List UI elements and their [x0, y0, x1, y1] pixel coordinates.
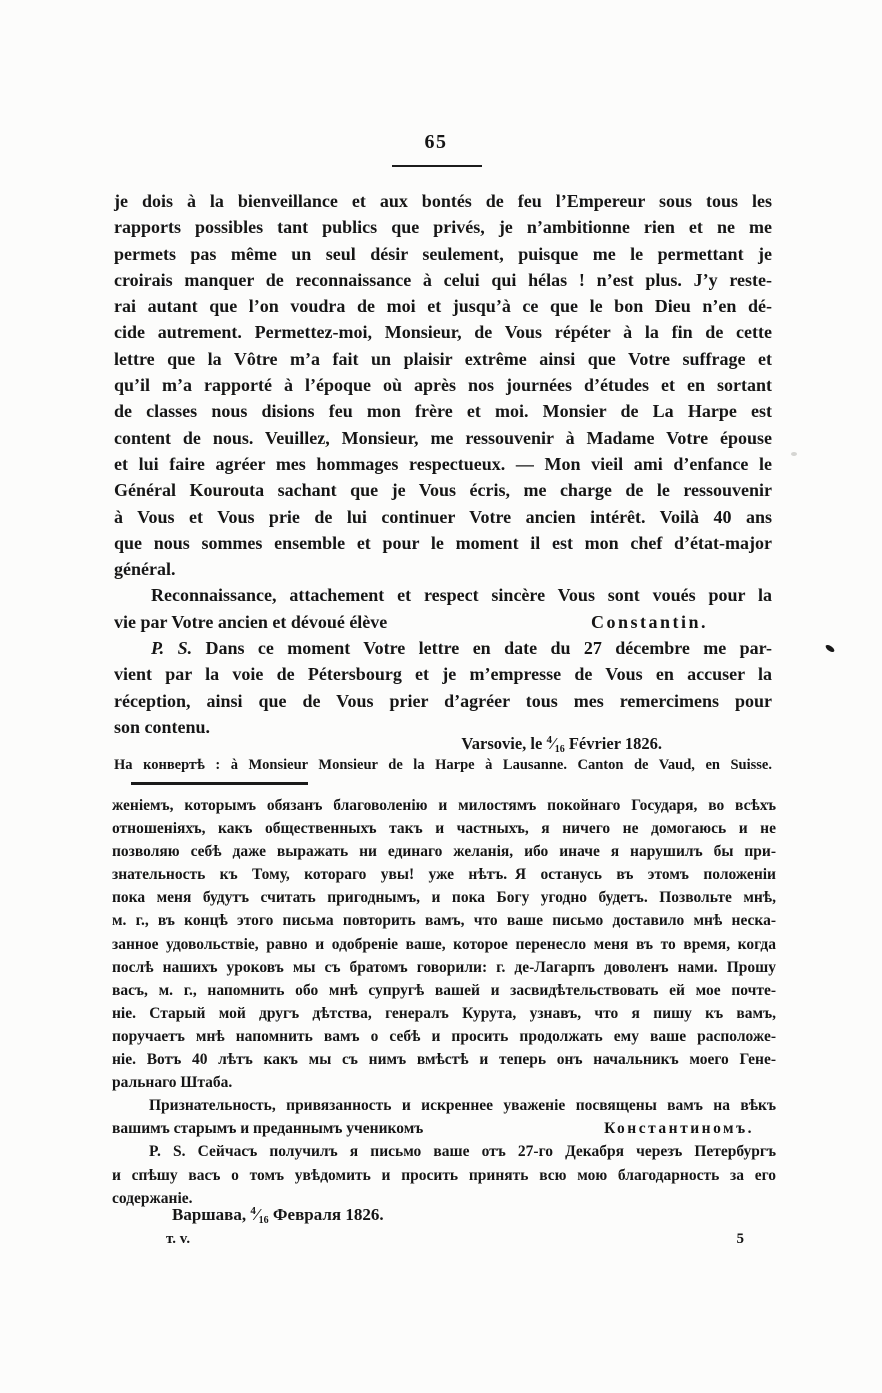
text-line: женіемъ, которымъ обязанъ благоволенію и…: [112, 794, 776, 817]
text-line: P. S. Сейчасъ получилъ я письмо ваше отъ…: [112, 1140, 776, 1163]
text-line: P. S. Dans ce moment Votre lettre en dat…: [114, 635, 772, 661]
sheet-signature: 5: [737, 1231, 745, 1248]
text-line: croirais manquer de reconnaissance à cel…: [114, 267, 772, 293]
text-line: et lui faire agréer mes hommages respect…: [114, 451, 772, 477]
text-line: rai autant que l’on voudra de moi et jus…: [114, 293, 772, 319]
text-line: je dois à la bienveillance et aux bontés…: [114, 188, 772, 214]
text-line: отношеніяхъ, какъ общественныхъ такъ и ч…: [112, 817, 776, 840]
text-line: lettre que la Vôtre m’a fait un plaisir …: [114, 346, 772, 372]
date-fraction: 4⁄16: [250, 1205, 268, 1224]
book-page: 65 je dois à la bienveillance et aux bon…: [0, 0, 882, 1393]
text-line: réception, ainsi que de Vous prier d’agr…: [114, 688, 772, 714]
text-line: permets pas même un seul désir seulement…: [114, 241, 772, 267]
text-line: послѣ нашихъ уроковъ мы съ братомъ говор…: [112, 956, 776, 979]
text-line: de classes nous disions feu mon frère et…: [114, 398, 772, 424]
text-line: à Vous et Vous prie de lui continuer Vot…: [114, 504, 772, 530]
page-number: 65: [425, 131, 448, 154]
page-number-rule: [392, 165, 482, 167]
signature-name: Константиномъ.: [604, 1117, 754, 1140]
volume-signature: т. v.: [166, 1231, 190, 1248]
text-line: поручаетъ мнѣ напомнить вамъ о себѣ и пр…: [112, 1025, 776, 1048]
text-line: ральнаго Штаба.: [112, 1071, 776, 1094]
date-fraction: 4⁄16: [546, 734, 564, 753]
ink-speck: [791, 452, 797, 456]
text-line: и спѣшу васъ о томъ увѣдомить и просить …: [112, 1164, 776, 1187]
text-line: позволяю себѣ даже выражать ни единаго ж…: [112, 840, 776, 863]
text-line: vient par la voie de Pétersbourg et je m…: [114, 661, 772, 687]
ink-speck: [824, 644, 835, 654]
french-dateline: Varsovie, le 4⁄16 Février 1826.: [114, 734, 772, 755]
signature-name: Constantin.: [591, 609, 708, 635]
text-line: ніе. Вотъ 40 лѣтъ какъ мы съ нимъ вмѣстѣ…: [112, 1048, 776, 1071]
page-header: 65: [0, 131, 882, 154]
russian-dateline: Варшава, 4⁄16 Февраля 1826.: [172, 1205, 384, 1226]
french-letter-text: je dois à la bienveillance et aux bontés…: [114, 188, 772, 740]
text-line: Признательность, привязанность и искренн…: [112, 1094, 776, 1117]
text-line: вашимъ старымъ и преданнымъ ученикомъКон…: [112, 1117, 776, 1140]
footnote-divider-rule: [131, 782, 308, 785]
text-line: м. г., въ концѣ этого письма повторить в…: [112, 909, 776, 932]
russian-letter-text: женіемъ, которымъ обязанъ благоволенію и…: [112, 794, 776, 1210]
text-line: que nous sommes ensemble et pour le mome…: [114, 530, 772, 556]
envelope-note: На конвертѣ : à Monsieur Monsieur de la …: [114, 757, 772, 774]
page-footer: т. v. 5: [114, 1231, 774, 1248]
text-line: content de nous. Veuillez, Monsieur, me …: [114, 425, 772, 451]
text-line: знательность къ Тому, котораго увы! уже …: [112, 863, 776, 886]
text-line: cide autrement. Permettez-moi, Monsieur,…: [114, 319, 772, 345]
text-line: qu’il m’a rapporté à l’époque où après n…: [114, 372, 772, 398]
text-line: пока меня будутъ считать пригоднымъ, и п…: [112, 886, 776, 909]
text-line: занное удовольствіе, равно и одобреніе в…: [112, 933, 776, 956]
text-line: rapports possibles tant publics que priv…: [114, 214, 772, 240]
text-line: Général Kourouta sachant que je Vous écr…: [114, 477, 772, 503]
text-line: général.: [114, 556, 772, 582]
text-line: vie par Votre ancien et dévoué élèveCons…: [114, 609, 772, 635]
text-line: ніе. Старый мой другъ дѣтства, генералъ …: [112, 1002, 776, 1025]
text-line: васъ, м. г., напомнить обо мнѣ супругѣ в…: [112, 979, 776, 1002]
text-line: Reconnaissance, attachement et respect s…: [114, 582, 772, 608]
